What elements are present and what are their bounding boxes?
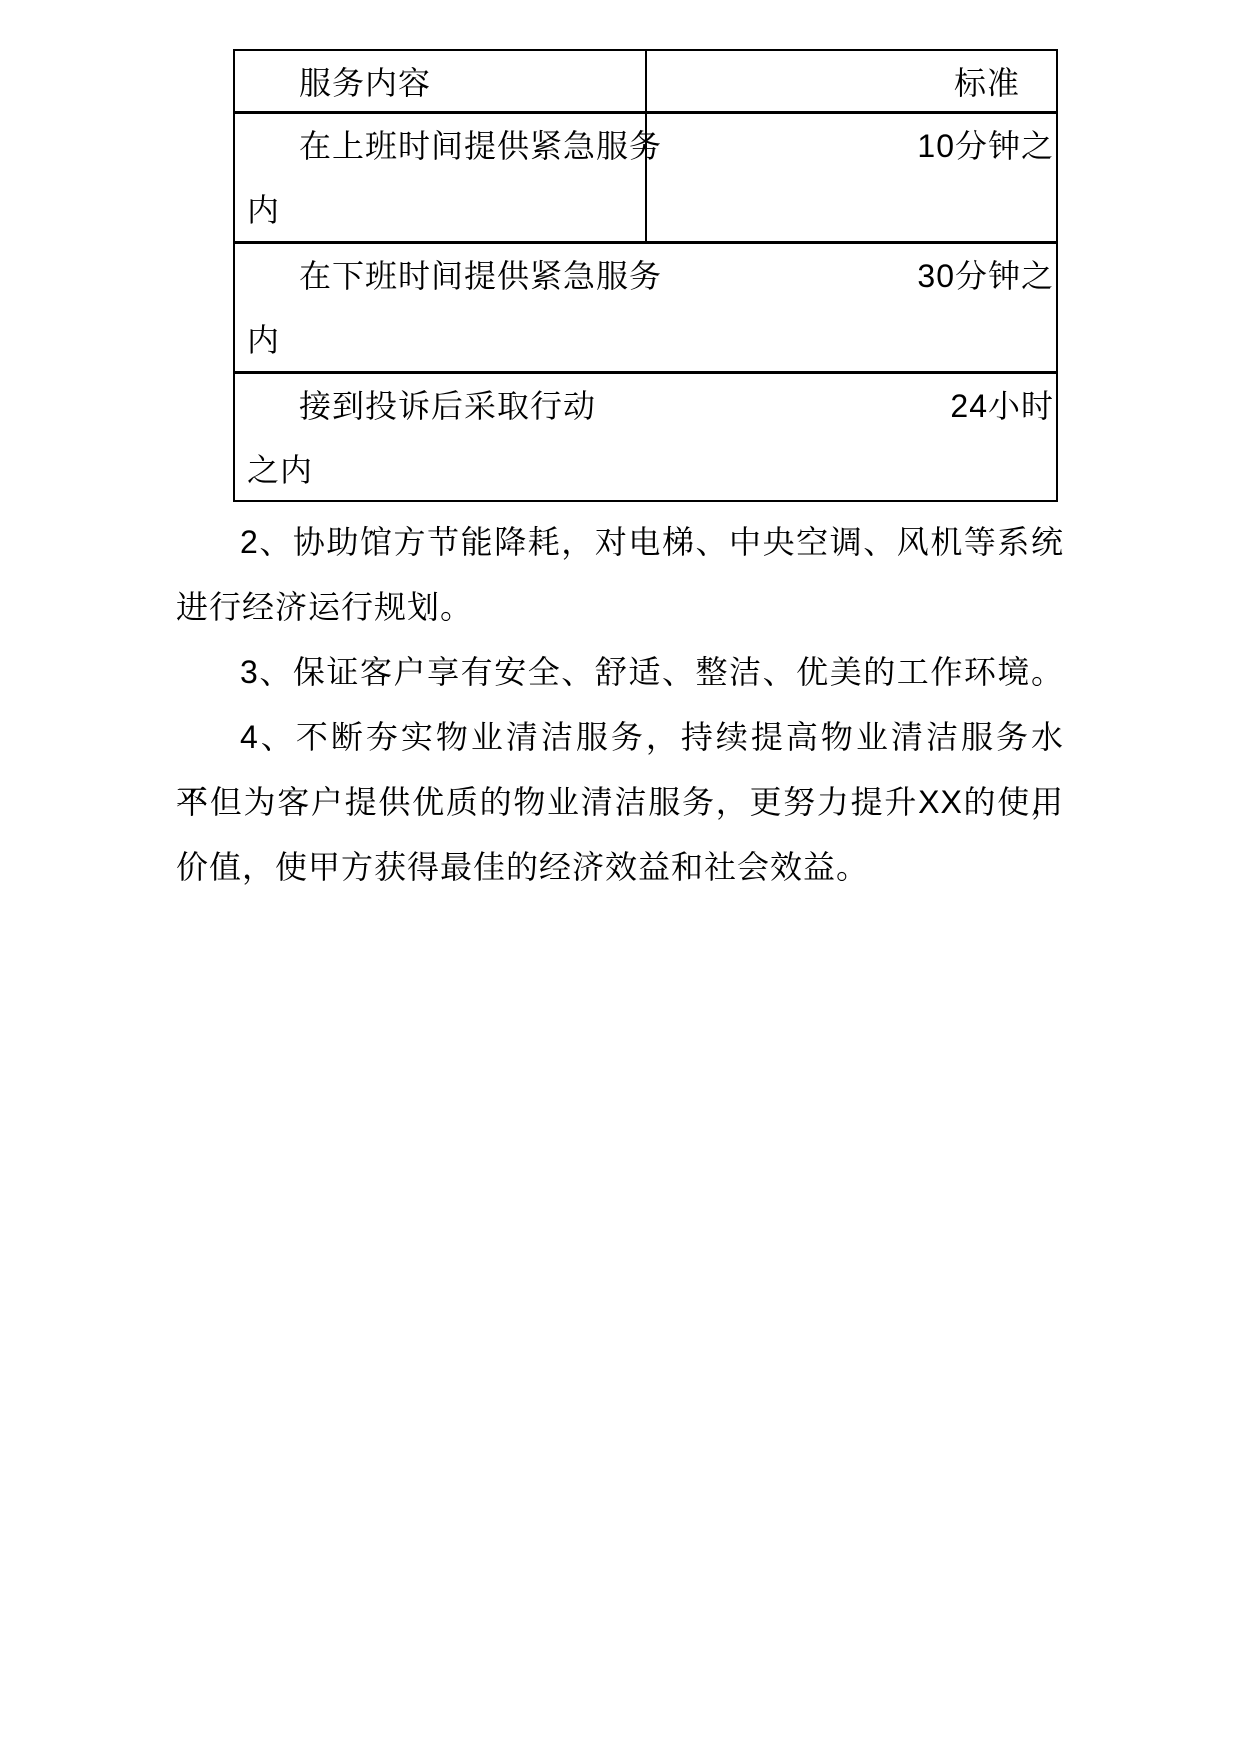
table-row-wrap-text: 之内 [235, 438, 1056, 501]
table-row: 接到投诉后采取行动 24小时 之内 [235, 374, 1056, 501]
header-cell-service-content: 服务内容 [299, 58, 431, 104]
cell-service-content: 在上班时间提供紧急服务 [299, 114, 662, 178]
header-cell-standard: 标准 [954, 58, 1020, 104]
table-column-divider [645, 51, 647, 244]
cell-service-content: 接到投诉后采取行动 [299, 374, 596, 438]
paragraph-2-line-1: 2、协助馆方节能降耗，对电梯、中央空调、风机等系统 [176, 510, 1064, 575]
cell-standard-value: 10分钟之 [917, 114, 1054, 178]
paragraph-4-line-1: 4、不断夯实物业清洁服务，持续提高物业清洁服务水平， [176, 705, 1064, 770]
body-text-block: 2、协助馆方节能降耗，对电梯、中央空调、风机等系统 进行经济运行规划。 3、保证… [176, 510, 1064, 900]
cell-service-content: 在下班时间提供紧急服务 [299, 244, 662, 308]
table-row: 在下班时间提供紧急服务 30分钟之 内 [235, 244, 1056, 374]
document-page: 服务内容 标准 在上班时间提供紧急服务 10分钟之 内 在下班时间提供紧急服务 … [0, 0, 1241, 1755]
paragraph-2-line-2: 进行经济运行规划。 [176, 575, 1064, 640]
paragraph-4-line-2: 不但为客户提供优质的物业清洁服务，更努力提升XX的使用 [176, 770, 1064, 835]
table-row-line-1: 接到投诉后采取行动 24小时 [235, 374, 1056, 438]
table-row-wrap-text: 内 [235, 308, 1056, 372]
cell-standard-value: 24小时 [950, 374, 1054, 438]
cell-standard-value: 30分钟之 [917, 244, 1054, 308]
service-standard-table: 服务内容 标准 在上班时间提供紧急服务 10分钟之 内 在下班时间提供紧急服务 … [233, 49, 1058, 502]
paragraph-3-line-1: 3、保证客户享有安全、舒适、整洁、优美的工作环境。 [176, 640, 1064, 705]
paragraph-4-line-3: 价值，使甲方获得最佳的经济效益和社会效益。 [176, 835, 1064, 900]
table-row-line-1: 在下班时间提供紧急服务 30分钟之 [235, 244, 1056, 308]
